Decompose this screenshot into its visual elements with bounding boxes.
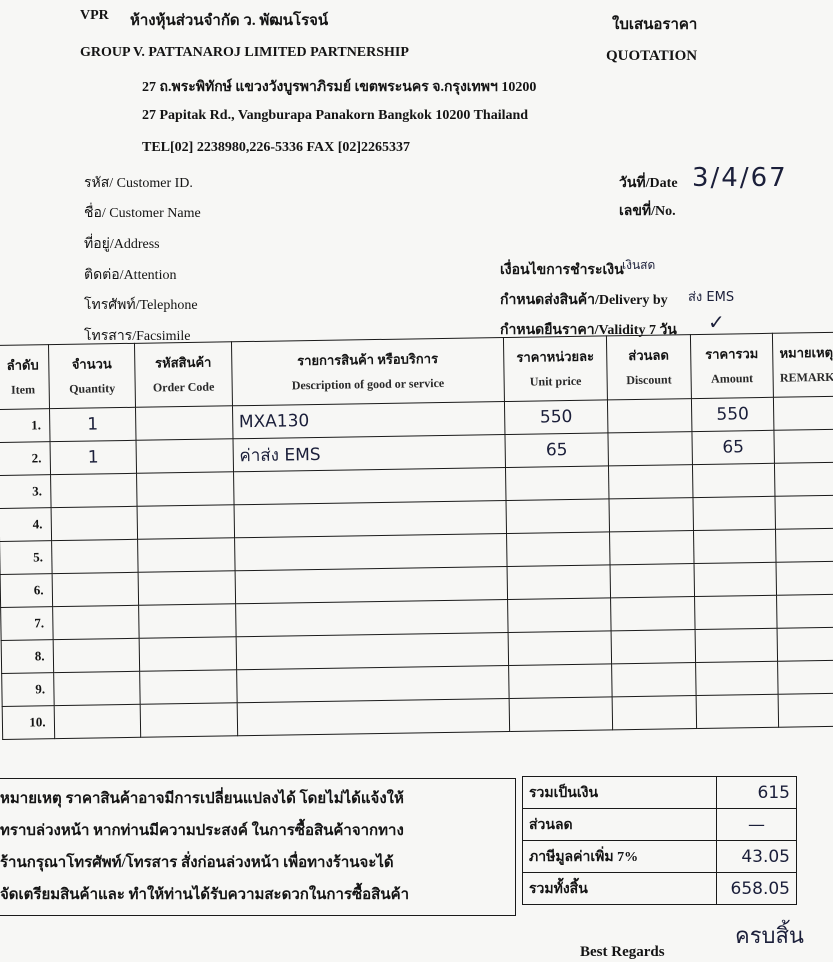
unit-price-cell — [506, 499, 610, 534]
remark-cell — [778, 693, 833, 727]
description-cell — [233, 468, 506, 505]
amount-cell — [693, 529, 776, 563]
quantity-cell — [52, 605, 139, 639]
company-name-en: GROUP V. PATTANAROJ LIMITED PARTNERSHIP — [80, 45, 409, 61]
order-code-cell — [137, 505, 234, 540]
remark-cell — [778, 660, 833, 694]
address-label: ที่อยู่/Address — [84, 233, 160, 255]
remark-cell — [776, 528, 833, 562]
description-cell — [234, 501, 507, 538]
remark-cell — [774, 429, 833, 463]
description-cell — [235, 567, 508, 604]
order-code-cell — [136, 439, 233, 474]
header-order-code: รหัสสินค้าOrder Code — [135, 342, 232, 408]
summary-total-row: รวมทั้งสิ้น658.05 — [523, 873, 797, 905]
summary-discount-row: ส่วนลด— — [523, 809, 797, 841]
item-number: 3. — [0, 475, 51, 509]
quantity-cell — [53, 638, 140, 672]
note-box: หมายเหตุ ราคาสินค้าอาจมีการเปลี่ยนแปลงได… — [0, 778, 516, 916]
header-discount: ส่วนลดDiscount — [606, 335, 691, 400]
doc-title-en: QUOTATION — [606, 48, 697, 65]
remark-cell — [776, 561, 833, 595]
order-code-cell — [138, 538, 235, 573]
order-code-cell — [139, 637, 236, 672]
remark-cell — [777, 594, 833, 628]
handwritten-note: ครบสิ้น — [735, 918, 804, 953]
date-value: 3/4/67 — [692, 163, 788, 193]
discount-cell — [612, 696, 696, 730]
description-cell: MXA130 — [232, 402, 505, 439]
company-contact: TEL[02] 2238980,226-5336 FAX [02]2265337 — [142, 140, 410, 156]
amount-cell — [696, 694, 779, 728]
doc-title-th: ใบเสนอราคา — [612, 12, 697, 36]
header-amount: ราคารวมAmount — [690, 333, 774, 398]
unit-price-cell — [505, 466, 609, 501]
item-number: 4. — [0, 508, 51, 542]
remark-cell — [775, 462, 833, 496]
quantity-cell — [52, 572, 139, 606]
attention-label: ติดต่อ/Attention — [84, 264, 176, 286]
description-cell — [236, 665, 509, 702]
quantity-cell — [51, 506, 138, 540]
amount-cell — [695, 628, 778, 662]
remark-cell — [777, 627, 833, 661]
item-number: 8. — [1, 640, 53, 674]
unit-price-cell — [509, 697, 613, 732]
company-address-en: 27 Papitak Rd., Vangburapa Panakorn Bang… — [142, 108, 528, 124]
subtotal-value: 615 — [717, 777, 797, 809]
description-cell: ค่าส่ง EMS — [233, 435, 506, 472]
order-code-cell — [137, 472, 234, 507]
header-item: ลำดับItem — [0, 345, 49, 410]
quantity-cell: 1 — [49, 407, 136, 441]
unit-price-cell: 550 — [504, 400, 608, 435]
discount-cell — [608, 432, 692, 466]
order-code-cell — [140, 670, 237, 705]
header-remark: หมายเหตุREMARK — [773, 332, 833, 397]
summary-vat-row: ภาษีมูลค่าเพิ่ม 7%43.05 — [523, 841, 797, 873]
payment-terms-label: เงื่อนไขการชำระเงิน — [500, 259, 624, 281]
closing-text: Best Regards — [580, 944, 665, 961]
unit-price-cell — [506, 532, 610, 567]
unit-price-cell — [508, 631, 612, 666]
items-table: ลำดับItem จำนวนQuantity รหัสสินค้าOrder … — [0, 332, 833, 740]
summary-subtotal-row: รวมเป็นเงิน615 — [523, 777, 797, 809]
amount-cell: 65 — [692, 430, 775, 464]
note-line: จัดเตรียมสินค้าและ ทำให้ท่านได้รับความสะ… — [0, 879, 515, 911]
amount-cell — [692, 463, 775, 497]
remark-cell — [774, 396, 833, 430]
note-line: หมายเหตุ ราคาสินค้าอาจมีการเปลี่ยนแปลงได… — [0, 783, 515, 815]
description-cell — [235, 599, 508, 636]
date-label: วันที่/Date — [619, 172, 678, 194]
header-unit-price: ราคาหน่วยละUnit price — [503, 336, 607, 402]
item-number: 1. — [0, 409, 50, 443]
item-number: 10. — [2, 706, 54, 740]
quantity-cell — [50, 473, 137, 507]
header-description: รายการสินค้า หรือบริการDescription of go… — [231, 338, 504, 406]
item-number: 5. — [0, 541, 52, 575]
discount-cell — [611, 630, 695, 664]
discount-cell — [612, 663, 696, 697]
quantity-cell — [51, 539, 138, 573]
quantity-cell — [53, 671, 140, 705]
summary-table: รวมเป็นเงิน615 ส่วนลด— ภาษีมูลค่าเพิ่ม 7… — [522, 776, 797, 905]
order-code-cell — [136, 406, 233, 441]
discount-cell — [611, 597, 695, 631]
discount-value: — — [717, 809, 797, 841]
remark-cell — [775, 495, 833, 529]
amount-cell — [693, 496, 776, 530]
unit-price-cell — [509, 664, 613, 699]
company-address-th: 27 ถ.พระพิทักษ์ แขวงวังบูรพาภิรมย์ เขตพร… — [142, 76, 536, 98]
discount-cell — [610, 564, 694, 598]
grand-total-value: 658.05 — [717, 873, 797, 905]
vat-value: 43.05 — [717, 841, 797, 873]
order-code-cell — [140, 703, 237, 738]
order-code-cell — [139, 604, 236, 639]
unit-price-cell: 65 — [505, 433, 609, 468]
amount-cell: 550 — [691, 397, 774, 431]
company-abbr: VPR — [80, 8, 109, 24]
company-name-th: ห้างหุ้นส่วนจำกัด ว. พัฒนโรจน์ — [130, 8, 328, 32]
amount-cell — [695, 661, 778, 695]
item-number: 2. — [0, 442, 50, 476]
description-cell — [236, 632, 509, 669]
quantity-cell: 1 — [50, 440, 137, 474]
number-label: เลขที่/No. — [619, 200, 676, 222]
delivery-label: กำหนดส่งสินค้า/Delivery by — [500, 289, 668, 311]
item-number: 6. — [0, 574, 52, 608]
unit-price-cell — [507, 565, 611, 600]
item-number: 9. — [2, 673, 54, 707]
discount-cell — [609, 498, 693, 532]
validity-check-icon: ✓ — [708, 310, 725, 334]
item-number: 7. — [1, 607, 53, 641]
discount-cell — [607, 399, 691, 433]
customer-id-label: รหัส/ Customer ID. — [84, 172, 193, 194]
description-cell — [237, 698, 510, 735]
amount-cell — [694, 562, 777, 596]
quantity-cell — [54, 704, 141, 738]
customer-name-label: ชื่อ/ Customer Name — [84, 202, 201, 224]
unit-price-cell — [508, 598, 612, 633]
note-line: ทราบล่วงหน้า หากท่านมีความประสงค์ ในการซ… — [0, 815, 515, 847]
discount-cell — [610, 531, 694, 565]
payment-terms-value: เงินสด — [622, 256, 655, 275]
discount-cell — [608, 465, 692, 499]
description-cell — [234, 534, 507, 571]
amount-cell — [694, 595, 777, 629]
delivery-value: ส่ง EMS — [688, 286, 734, 307]
note-line: ร้านกรุณาโทรศัพท์/โทรสาร สั่งก่อนล่วงหน้… — [0, 847, 515, 879]
order-code-cell — [138, 571, 235, 606]
header-quantity: จำนวนQuantity — [48, 343, 136, 408]
telephone-label: โทรศัพท์/Telephone — [84, 294, 198, 316]
